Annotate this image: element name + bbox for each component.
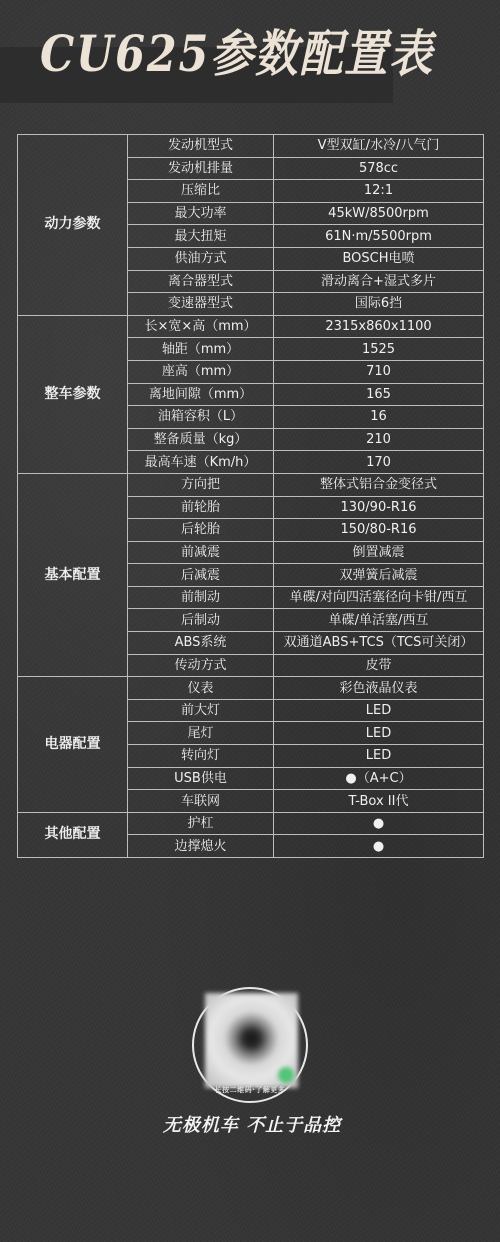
param-name: 最大功率 — [128, 202, 274, 225]
wechat-icon — [278, 1067, 294, 1083]
param-value: 130/90-R16 — [274, 496, 484, 519]
param-value: ●（A+C） — [274, 767, 484, 790]
param-value: 单碟/单活塞/西互 — [274, 609, 484, 632]
param-name: 发动机型式 — [128, 135, 274, 158]
param-value: 165 — [274, 383, 484, 406]
param-value: 61N·m/5500rpm — [274, 225, 484, 248]
param-name: 边撑熄火 — [128, 835, 274, 858]
param-value: 皮带 — [274, 654, 484, 677]
param-value: 双弹簧后减震 — [274, 564, 484, 587]
param-name: USB供电 — [128, 767, 274, 790]
param-value: 170 — [274, 451, 484, 474]
param-value: 710 — [274, 360, 484, 383]
param-value: 2315x860x1100 — [274, 315, 484, 338]
table-row: 电器配置仪表彩色液晶仪表 — [18, 677, 484, 700]
param-value: 整体式铝合金变径式 — [274, 473, 484, 496]
param-name: 尾灯 — [128, 722, 274, 745]
param-name: 最大扭矩 — [128, 225, 274, 248]
param-name: 长×宽×高（mm） — [128, 315, 274, 338]
param-name: 压缩比 — [128, 180, 274, 203]
param-value: 滑动离合+湿式多片 — [274, 270, 484, 293]
param-value: 国际6挡 — [274, 293, 484, 316]
param-value: LED — [274, 722, 484, 745]
category-label: 动力参数 — [18, 135, 128, 316]
param-name: 前制动 — [128, 586, 274, 609]
param-name: 后制动 — [128, 609, 274, 632]
category-label: 电器配置 — [18, 677, 128, 813]
param-value: 倒置减震 — [274, 541, 484, 564]
param-name: 前减震 — [128, 541, 274, 564]
param-name: 方向把 — [128, 473, 274, 496]
param-value: 1525 — [274, 338, 484, 361]
param-name: 仪表 — [128, 677, 274, 700]
param-name: 座高（mm） — [128, 360, 274, 383]
param-value: 45kW/8500rpm — [274, 202, 484, 225]
category-label: 其他配置 — [18, 812, 128, 857]
param-value: ● — [274, 812, 484, 835]
param-value: LED — [274, 745, 484, 768]
param-name: 最高车速（Km/h） — [128, 451, 274, 474]
category-label: 基本配置 — [18, 473, 128, 676]
param-name: 后轮胎 — [128, 519, 274, 542]
param-name: 离合器型式 — [128, 270, 274, 293]
param-name: 转向灯 — [128, 745, 274, 768]
param-value: V型双缸/水冷/八气门 — [274, 135, 484, 158]
table-row: 动力参数发动机型式V型双缸/水冷/八气门 — [18, 135, 484, 158]
param-value: 150/80-R16 — [274, 519, 484, 542]
param-value: 16 — [274, 406, 484, 429]
param-value: 578cc — [274, 157, 484, 180]
table-row: 基本配置方向把整体式铝合金变径式 — [18, 473, 484, 496]
param-name: 油箱容积（L） — [128, 406, 274, 429]
param-name: ABS系统 — [128, 632, 274, 655]
param-value: 彩色液晶仪表 — [274, 677, 484, 700]
param-value: T-Box II代 — [274, 790, 484, 813]
qr-caption: 长按二维码·了解更多 — [200, 1085, 300, 1095]
table-row: 其他配置护杠● — [18, 812, 484, 835]
param-name: 供油方式 — [128, 247, 274, 270]
param-value: ● — [274, 835, 484, 858]
param-value: BOSCH电喷 — [274, 247, 484, 270]
category-label: 整车参数 — [18, 315, 128, 473]
page-title: CU625参数配置表 — [40, 22, 434, 86]
param-value: LED — [274, 699, 484, 722]
param-name: 护杠 — [128, 812, 274, 835]
param-name: 变速器型式 — [128, 293, 274, 316]
param-name: 前轮胎 — [128, 496, 274, 519]
param-name: 车联网 — [128, 790, 274, 813]
param-name: 前大灯 — [128, 699, 274, 722]
param-name: 发动机排量 — [128, 157, 274, 180]
param-name: 离地间隙（mm） — [128, 383, 274, 406]
spec-table: 动力参数发动机型式V型双缸/水冷/八气门发动机排量578cc压缩比12:1最大功… — [17, 134, 484, 858]
param-name: 后减震 — [128, 564, 274, 587]
param-value: 双通道ABS+TCS（TCS可关闭） — [274, 632, 484, 655]
brand-tagline: 无极机车 不止于品控 — [157, 1111, 347, 1137]
param-name: 传动方式 — [128, 654, 274, 677]
param-name: 整备质量（kg） — [128, 428, 274, 451]
param-value: 210 — [274, 428, 484, 451]
table-row: 整车参数长×宽×高（mm）2315x860x1100 — [18, 315, 484, 338]
param-value: 12:1 — [274, 180, 484, 203]
param-name: 轴距（mm） — [128, 338, 274, 361]
param-value: 单碟/对向四活塞径向卡钳/西互 — [274, 586, 484, 609]
